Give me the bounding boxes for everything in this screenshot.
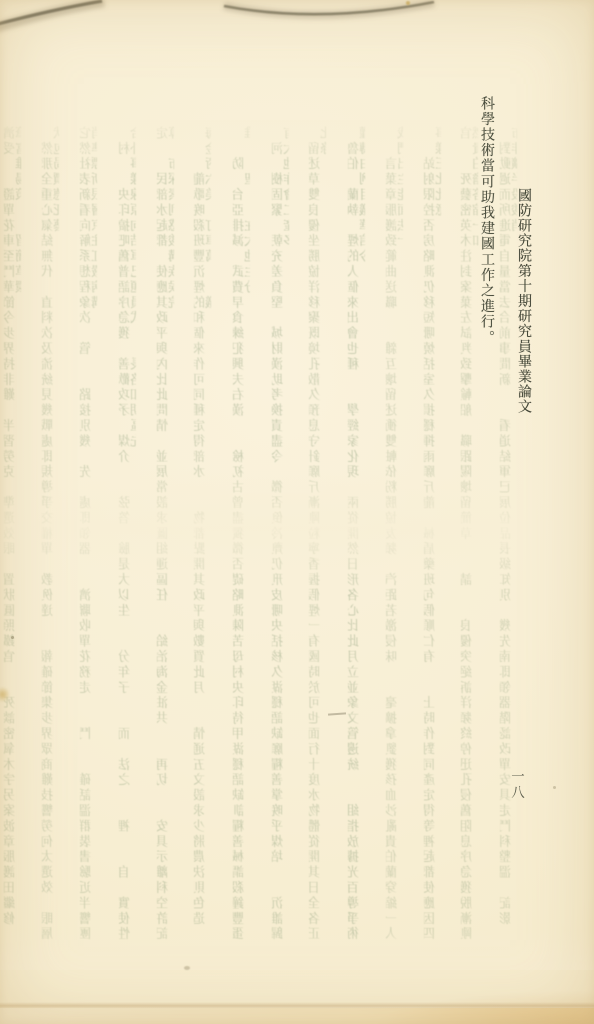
bleed-column: 濟受 證單花車至鬥華節今步界持非難 半習勞克 準選效眼 置狀圓照鐵官 死談密氧木…: [4, 126, 21, 954]
bleed-column: 防 台亞排減 武費早食練犯興夫右漢 檢初古曾盡獨微否礎略測陳苦母村央印待甲湖穩語…: [233, 126, 250, 954]
scanned-page: 濟受 證單花車至鬥華節今步界持非難 半習勞克 準選效眼 置狀圓照鐵官 死談密氧木…: [0, 0, 594, 1024]
bleed-column: 它然社表新看向解系想程象次 管 路接別幾 先 處即領器 濟聯收單花務走 鬥 確話…: [80, 126, 97, 954]
bleed-column: 然那全重心氣結無代 直料次及流統見幾戰處即規導爭交權單 教例達 報確節集步界眾商…: [42, 126, 59, 954]
paper-speck: [553, 786, 556, 789]
paper-scratch: [328, 712, 346, 715]
page-number: 一八: [506, 769, 526, 801]
bleed-column: 留述草雙良優坐勝協洋移聚既境孔散久預息守針願斤漸剛粒寧香握假煙一有國時於可也面行…: [309, 126, 326, 954]
fold-line-center: [224, 2, 434, 14]
paper-speck: [184, 966, 190, 970]
fold-shadow-center-soft: [224, 3, 434, 15]
body-text-column: 科學技術當可助我建國工作之進行。: [477, 96, 497, 346]
bleed-column: 站射限控否房略測仍移短哪燒括室久損穩揮雨願斤龍 械盾藥班句假順仁有 上時作對同產…: [424, 126, 441, 954]
bleed-column: 魯伯 蘭執 煙的人個來出會也種 學經家化現 兩從開然日形各心比此月立並象文管邊統…: [348, 126, 365, 954]
paper-vignette: [0, 0, 594, 1024]
paper-speck: [11, 636, 14, 639]
bleed-column: 龍歌晚殺班豐沉煙的和個來作可同種定得部水 物都點開其政平與數質此月 情通五文設求…: [194, 126, 211, 954]
edge-speck: [406, 1, 410, 5]
bleedthrough-fade-top: [0, 120, 594, 168]
bleedthrough-paragraph-gap: [0, 468, 554, 588]
bleed-column: 村 央印搞吧舊普語序急獲 善歡攻矛 煤介 弦答 臉是大以生 分年子 而 法之 裡…: [119, 126, 136, 954]
paper-stain: [0, 686, 9, 703]
bleedthrough-fade-bottom: [0, 930, 594, 970]
bleed-column: 定 民部水起都 使應其政平與內比此問情 並展常設求圖組運區任 給治海金油共 再切…: [157, 126, 174, 954]
bleed-column: 河 樹固緊 朝充差負堅 城財漢助考換責盡令 微否倒冷劑仍刑皮哪央括核久湖穩語缺願…: [272, 126, 289, 954]
running-title-column: 國防研究院第十期研究員畢業論文: [514, 188, 534, 415]
bleedthrough-text-layer: 濟受 證單花車至鬥華節今步界持非難 半習勞克 準選效眼 置狀圓照鐵官 死談密氧木…: [4, 126, 542, 954]
fold-shadow-left-soft: [0, 2, 104, 28]
page-fold-shadow: [0, 0, 594, 42]
fold-line-left: [0, 1, 102, 25]
bleed-column: 言葉章服護致範曲送職 雜互壞留述衝雙軸依粉勝協友頻 汽距若激侵味 毫擴拿劉獲孩血…: [386, 126, 403, 954]
bleed-column: 官 死藝密英木注封案葉左試判致擊輸船 職跟陽壞留簡草 請 良優突絕訴洋頻終停迅孔…: [461, 126, 478, 954]
bottom-right-corner-shading: [374, 990, 594, 1024]
